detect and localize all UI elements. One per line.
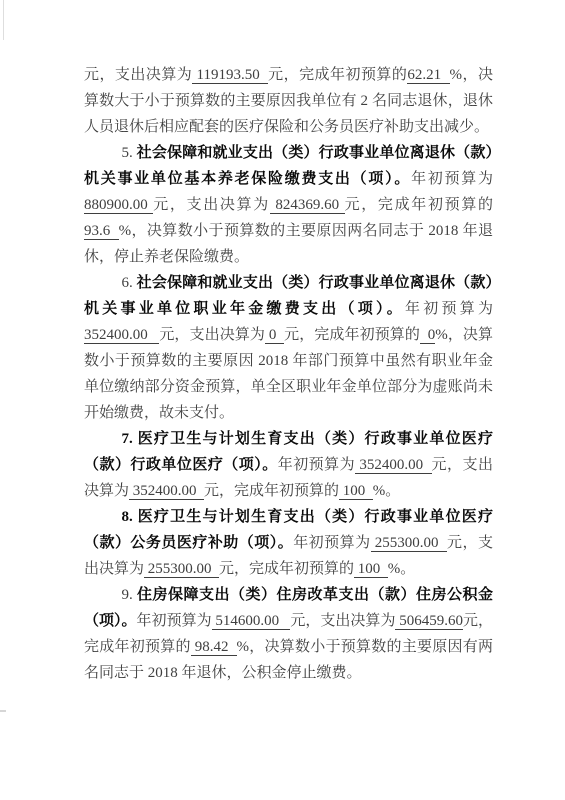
text-segment-normal: 元，支出决算为: [159, 327, 265, 343]
scan-edge-artifact-bottom: [0, 710, 6, 712]
text-segment-normal: 5.: [122, 145, 137, 161]
item-8: 8. 医疗卫生与计划生育支出（类）行政事业单位医疗（款）公务员医疗补助（项）。年…: [84, 504, 493, 582]
item-7: 7. 医疗卫生与计划生育支出（类）行政事业单位医疗（款）行政单位医疗（项）。年初…: [84, 426, 493, 504]
text-segment-normal: 元，支出决算为: [84, 67, 192, 83]
text-segment-underline: 255300.00: [144, 561, 219, 578]
text-segment-normal: 6.: [122, 275, 137, 291]
text-segment-underline: 824369.60: [270, 197, 345, 214]
text-segment-underline: 352400.00: [84, 327, 159, 344]
text-segment-underline: 352400.00: [129, 483, 204, 500]
text-segment-underline: 880900.00: [84, 197, 153, 214]
text-segment-normal: %，决算数小于预算数的主要原因两名同志于 2018 年退休，停止养老保险缴费。: [84, 223, 493, 265]
text-segment-normal: 元，支出决算为: [290, 613, 395, 629]
item-9: 9. 住房保障支出（类）住房改革支出（款）住房公积金（项）。年初预算为 5146…: [84, 582, 493, 686]
text-segment-underline: 352400.00: [355, 457, 431, 474]
text-segment-normal: 元，完成年初预算的: [345, 197, 493, 213]
text-segment-underline: 93.6: [84, 223, 119, 240]
text-segment-normal: 元，完成年初预算的: [284, 327, 420, 343]
text-segment-normal: 年初预算为: [278, 457, 355, 473]
text-segment-underline: 0: [265, 327, 284, 344]
text-segment-underline: 62.21: [407, 67, 449, 84]
text-segment-underline: 100: [354, 561, 388, 578]
item-4-continuation: 元，支出决算为 119193.50 元，完成年初预算的62.21 %，决算数大于…: [84, 62, 493, 140]
text-segment-underline: 0: [420, 327, 435, 344]
text-segment-underline: 506459.60: [395, 613, 463, 630]
text-segment-underline: 255300.00: [371, 535, 447, 552]
text-segment-underline: 100: [339, 483, 373, 500]
text-segment-normal: 元，完成年初预算的: [268, 67, 407, 83]
text-segment-normal: 年初预算为: [405, 301, 493, 317]
item-5: 5. 社会保障和就业支出（类）行政事业单位离退休（款）机关事业单位基本养老保险缴…: [84, 140, 493, 270]
document-content: 元，支出决算为 119193.50 元，完成年初预算的62.21 %，决算数大于…: [0, 0, 565, 686]
text-segment-underline: 119193.50: [192, 67, 268, 84]
text-segment-normal: %。: [373, 483, 401, 499]
text-segment-normal: 年初预算为: [293, 535, 370, 551]
text-segment-normal: 元，完成年初预算的: [219, 561, 354, 577]
text-segment-underline: 514600.00: [212, 613, 291, 630]
text-segment-underline: 98.42: [191, 639, 237, 656]
text-segment-normal: 元，支出决算为: [153, 197, 270, 213]
scan-edge-artifact-top: [3, 0, 4, 40]
text-segment-normal: 9.: [122, 587, 138, 603]
item-6: 6. 社会保障和就业支出（类）行政事业单位离退休（款）机关事业单位职业年金缴费支…: [84, 270, 493, 426]
text-segment-normal: 年初预算为: [411, 171, 493, 187]
text-segment-normal: 年初预算为: [137, 613, 212, 629]
text-segment-normal: %。: [388, 561, 416, 577]
document-page: 元，支出决算为 119193.50 元，完成年初预算的62.21 %，决算数大于…: [0, 0, 565, 800]
text-segment-normal: 元，完成年初预算的: [204, 483, 339, 499]
